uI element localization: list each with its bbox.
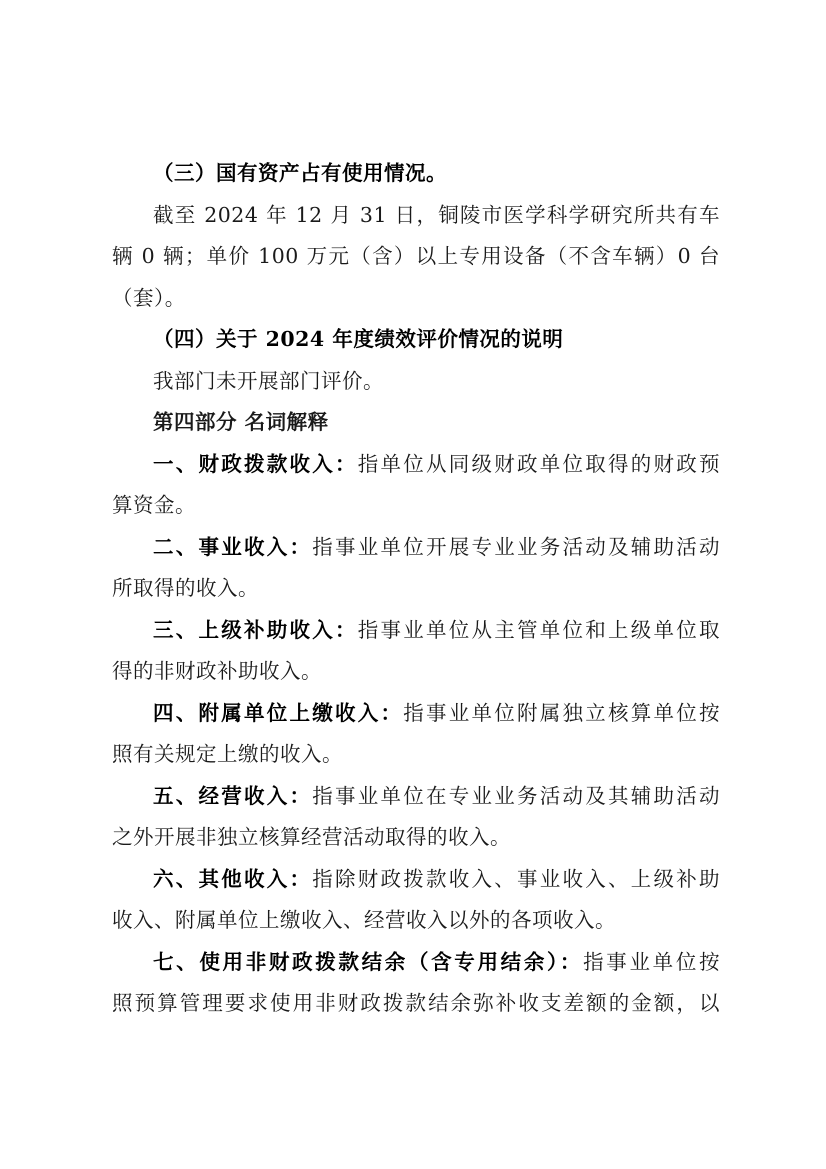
glossary-item: 六、其他收入：指除财政拨款收入、事业收入、上级补助 [112,859,720,901]
glossary-definition: 指单位从同级财政单位取得的财政预 [358,452,720,476]
glossary-continuation: 照有关规定上缴的收入。 [112,734,720,776]
glossary-item: 七、使用非财政拨款结余（含专用结余）：指事业单位按 [112,942,720,984]
glossary-item: 五、经营收入：指事业单位在专业业务活动及其辅助活动 [112,776,720,818]
glossary-item: 四、附属单位上缴收入：指事业单位附属独立核算单位按 [112,693,720,735]
paragraph-line: 截至 2024 年 12 月 31 日，铜陵市医学科学研究所共有车 [112,195,720,237]
glossary-continuation: 收入、附属单位上缴收入、经营收入以外的各项收入。 [112,900,720,942]
glossary-continuation: 之外开展非独立核算经营活动取得的收入。 [112,817,720,859]
glossary-definition: 指除财政拨款收入、事业收入、上级补助 [312,867,720,891]
glossary-definition: 指事业单位从主管单位和上级单位取 [358,618,720,642]
glossary-item: 一、财政拨款收入：指单位从同级财政单位取得的财政预 [112,444,720,486]
paragraph-line: 辆 0 辆；单价 100 万元（含）以上专用设备（不含车辆）0 台 [112,236,720,278]
part-heading-glossary: 第四部分 名词解释 [112,402,720,444]
document-page: （三）国有资产占有使用情况。 截至 2024 年 12 月 31 日，铜陵市医学… [112,153,720,1025]
glossary-definition: 指事业单位开展专业业务活动及辅助活动 [312,535,720,559]
glossary-item: 二、事业收入：指事业单位开展专业业务活动及辅助活动 [112,527,720,569]
glossary-continuation: 算资金。 [112,485,720,527]
glossary-item: 三、上级补助收入：指事业单位从主管单位和上级单位取 [112,610,720,652]
paragraph-line: （套）。 [112,278,720,320]
glossary-continuation: 所取得的收入。 [112,568,720,610]
glossary-definition: 指事业单位在专业业务活动及其辅助活动 [312,784,720,808]
glossary-definition: 指事业单位附属独立核算单位按 [403,701,720,725]
glossary-term: 四、附属单位上缴收入： [153,701,403,725]
glossary-term: 三、上级补助收入： [153,618,358,642]
section-heading-performance: （四）关于 2024 年度绩效评价情况的说明 [112,319,720,361]
glossary-term: 二、事业收入： [153,535,312,559]
glossary-term: 一、财政拨款收入： [153,452,358,476]
glossary-definition: 指事业单位按 [583,950,720,974]
glossary-term: 六、其他收入： [153,867,312,891]
glossary-term: 七、使用非财政拨款结余（含专用结余）： [153,950,583,974]
glossary-continuation: 照预算管理要求使用非财政拨款结余弥补收支差额的金额，以 [112,983,720,1025]
glossary-term: 五、经营收入： [153,784,312,808]
section-heading-assets: （三）国有资产占有使用情况。 [112,153,720,195]
paragraph-line: 我部门未开展部门评价。 [112,361,720,403]
glossary-continuation: 得的非财政补助收入。 [112,651,720,693]
